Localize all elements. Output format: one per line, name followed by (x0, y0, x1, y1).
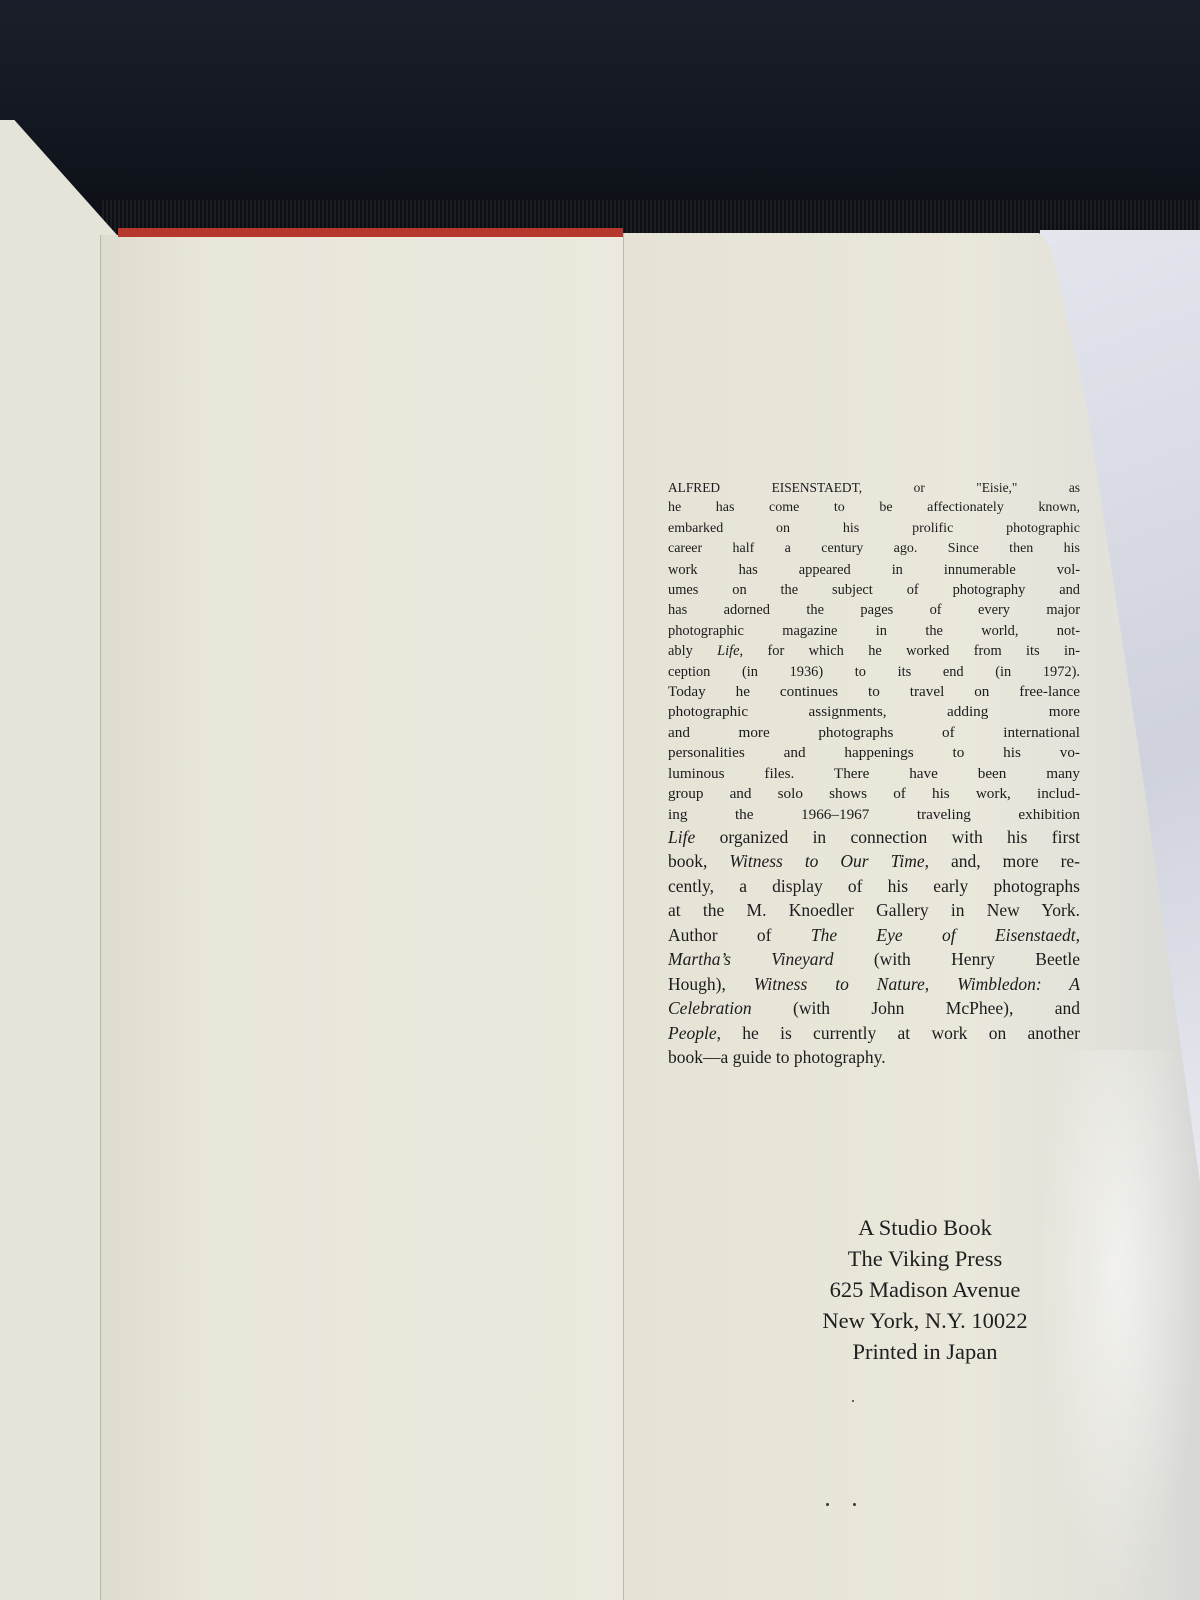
bio-line: ing the 1966–1967 traveling exhibition (668, 805, 1080, 825)
bio-line: at the M. Knoedler Gallery in New York. (668, 898, 1080, 923)
bio-line: Celebration (with John McPhee), and (668, 996, 1080, 1021)
red-top-edge (118, 228, 623, 237)
bio-line: ception (in 1936) to its end (in 1972). (668, 662, 1080, 682)
bio-line: career half a century ago. Since then hi… (668, 539, 1080, 559)
imprint-line-publisher: The Viking Press (760, 1243, 1090, 1274)
bio-line: ALFRED EISENSTAEDT, or "Eisie," as (668, 478, 1080, 498)
imprint-line-street: 625 Madison Avenue (760, 1274, 1090, 1305)
bio-line: umes on the subject of photography and (668, 580, 1080, 600)
bio-line: and more photographs of international (668, 723, 1080, 743)
bio-line: group and solo shows of his work, includ… (668, 784, 1080, 804)
imprint-line-city: New York, N.Y. 10022 (760, 1305, 1090, 1336)
bio-line: Hough), Witness to Nature, Wimbledon: A (668, 972, 1080, 997)
bio-line: personalities and happenings to his vo- (668, 743, 1080, 763)
bio-line: Martha’s Vineyard (with Henry Beetle (668, 947, 1080, 972)
bio-line: has adorned the pages of every major (668, 600, 1080, 620)
bio-line: Author of The Eye of Eisenstaedt, (668, 923, 1080, 948)
bio-line: People, he is currently at work on anoth… (668, 1021, 1080, 1046)
bio-line: book—a guide to photography. (668, 1045, 1080, 1070)
imprint-line-printed: Printed in Japan (760, 1336, 1090, 1367)
bio-line: photographic magazine in the world, not- (668, 621, 1080, 641)
bio-line: embarked on his prolific photographic (668, 519, 1080, 539)
bio-line: Today he continues to travel on free-lan… (668, 682, 1080, 702)
bio-line: Life organized in connection with his fi… (668, 825, 1080, 850)
bio-line: photographic assignments, adding more (668, 702, 1080, 722)
bio-line: ably Life, for which he worked from its … (668, 641, 1080, 661)
publisher-imprint: A Studio Book The Viking Press 625 Madis… (760, 1212, 1090, 1367)
author-biography: ALFRED EISENSTAEDT, or "Eisie," ashe has… (668, 478, 1080, 1070)
bio-line: book, Witness to Our Time, and, more re- (668, 849, 1080, 874)
bio-line: work has appeared in innumerable vol- (668, 560, 1080, 580)
bio-line: he has come to be affectionately known, (668, 498, 1080, 518)
bio-line: cently, a display of his early photograp… (668, 874, 1080, 899)
endpaper-page (100, 235, 631, 1600)
imprint-line-studio-book: A Studio Book (760, 1212, 1090, 1243)
bio-line: luminous files. There have been many (668, 764, 1080, 784)
